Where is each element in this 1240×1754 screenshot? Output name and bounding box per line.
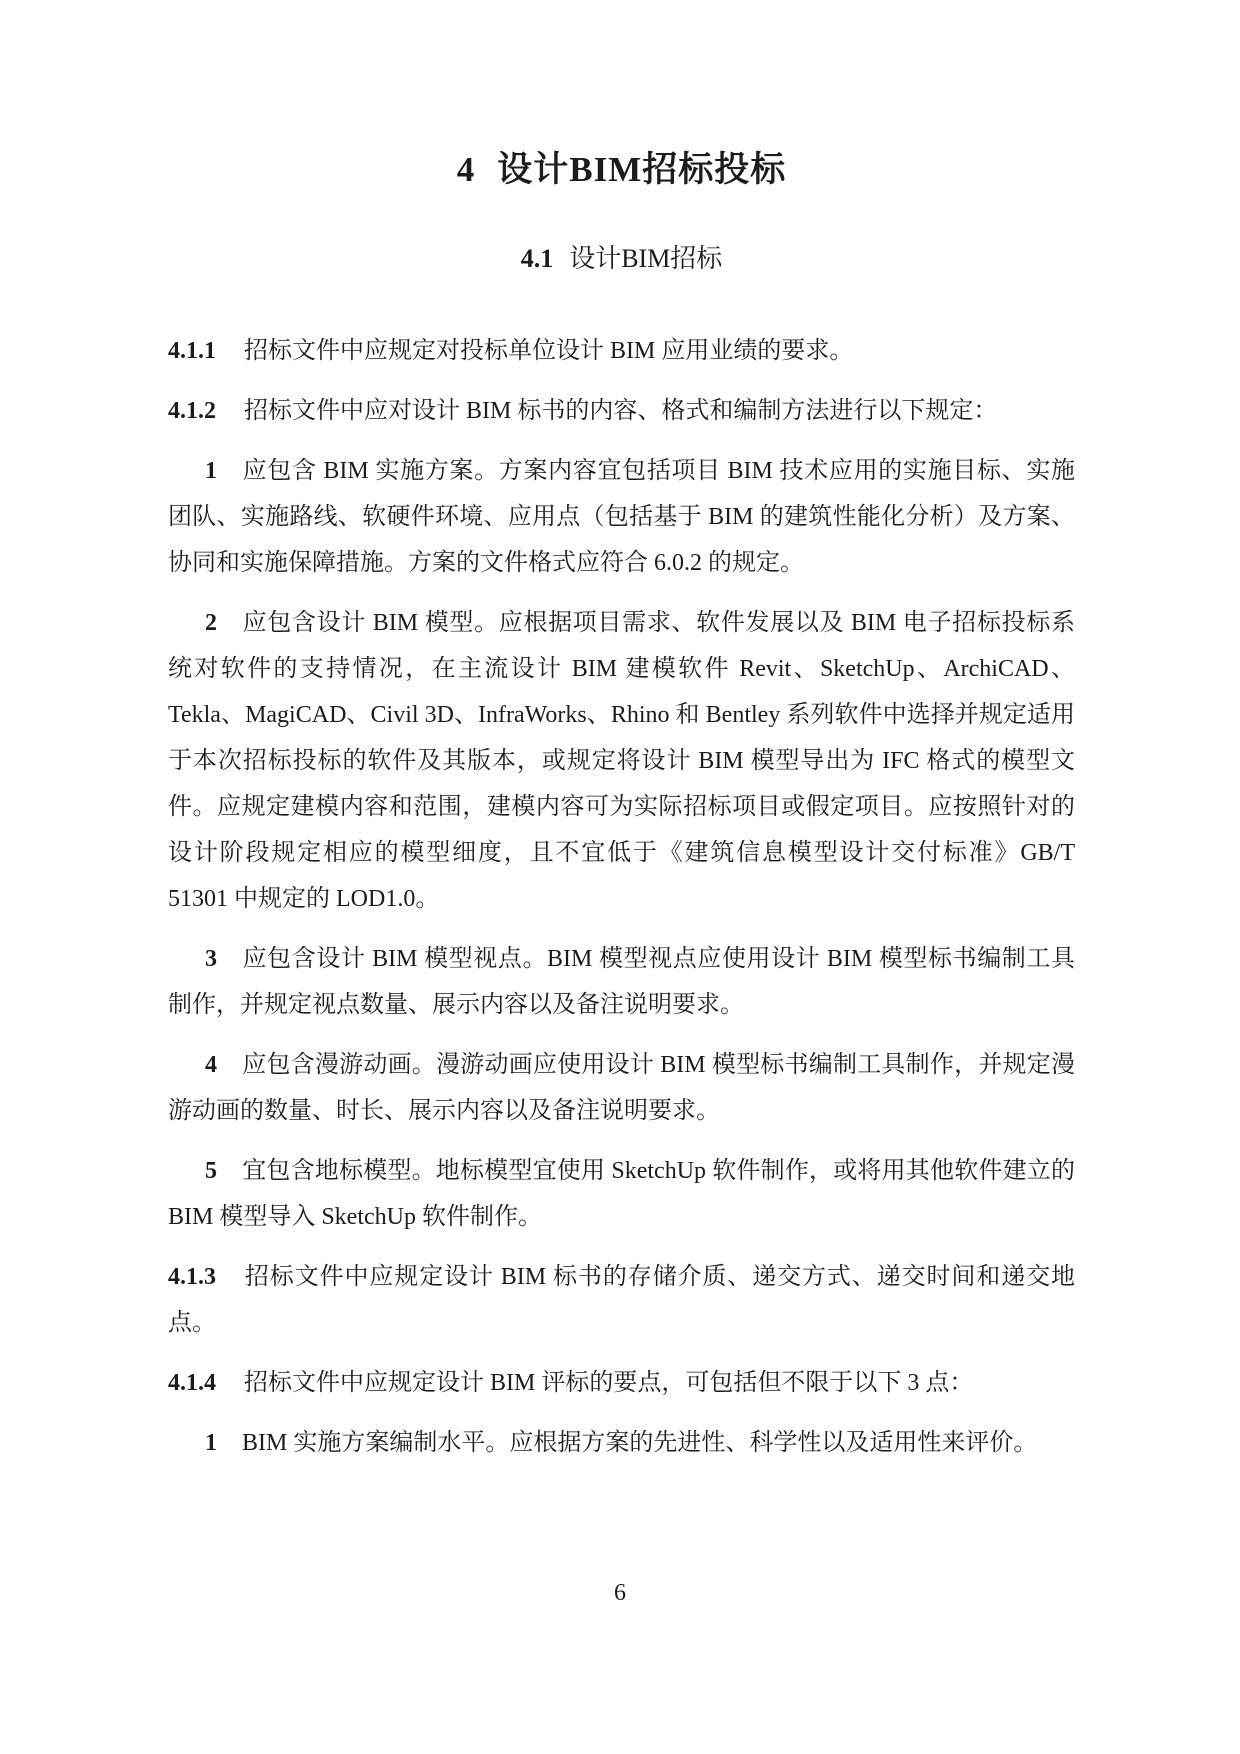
page-number: 6 <box>0 1578 1240 1608</box>
item-5: 5宜包含地标模型。地标模型宜使用 SketchUp 软件制作，或将用其他软件建立… <box>168 1148 1075 1240</box>
clause-number: 4.1.2 <box>168 398 216 424</box>
item-4: 4应包含漫游动画。漫游动画应使用设计 BIM 模型标书编制工具制作，并规定漫游动… <box>168 1042 1075 1134</box>
chapter-title: 4设计BIM招标投标 <box>168 148 1075 192</box>
clause-text: 招标文件中应规定设计 BIM 评标的要点，可包括但不限于以下 3 点： <box>244 1370 973 1396</box>
clause-4-1-4: 4.1.4招标文件中应规定设计 BIM 评标的要点，可包括但不限于以下 3 点： <box>168 1360 1075 1406</box>
item-1: 1应包含 BIM 实施方案。方案内容宜包括项目 BIM 技术应用的实施目标、实施… <box>168 448 1075 586</box>
chapter-number: 4 <box>457 150 476 189</box>
clause-text: 招标文件中应规定对投标单位设计 BIM 应用业绩的要求。 <box>244 338 853 364</box>
item-number: 5 <box>205 1158 217 1184</box>
clause-4-1-2: 4.1.2招标文件中应对设计 BIM 标书的内容、格式和编制方法进行以下规定： <box>168 388 1075 434</box>
item-text: 应包含设计 BIM 模型。应根据项目需求、软件发展以及 BIM 电子招标投标系统… <box>168 610 1075 912</box>
clause-4-1-3: 4.1.3招标文件中应规定设计 BIM 标书的存储介质、递交方式、递交时间和递交… <box>168 1254 1075 1346</box>
item-number: 4 <box>205 1052 217 1078</box>
section-number: 4.1 <box>521 244 554 273</box>
clause-text: 招标文件中应对设计 BIM 标书的内容、格式和编制方法进行以下规定： <box>244 398 997 424</box>
item-text: 宜包含地标模型。地标模型宜使用 SketchUp 软件制作，或将用其他软件建立的… <box>168 1158 1075 1230</box>
clause-4-1-1: 4.1.1招标文件中应规定对投标单位设计 BIM 应用业绩的要求。 <box>168 328 1075 374</box>
item-2: 2应包含设计 BIM 模型。应根据项目需求、软件发展以及 BIM 电子招标投标系… <box>168 600 1075 922</box>
document-body: 4.1.1招标文件中应规定对投标单位设计 BIM 应用业绩的要求。 4.1.2招… <box>168 328 1075 1466</box>
clause-number: 4.1.4 <box>168 1370 216 1396</box>
item-text: 应包含 BIM 实施方案。方案内容宜包括项目 BIM 技术应用的实施目标、实施团… <box>168 458 1075 576</box>
item-text: 应包含设计 BIM 模型视点。BIM 模型视点应使用设计 BIM 模型标书编制工… <box>168 946 1075 1018</box>
item-number: 1 <box>205 458 217 484</box>
chapter-title-text: 设计BIM招标投标 <box>497 150 786 189</box>
clause-number: 4.1.1 <box>168 338 216 364</box>
item-text: 应包含漫游动画。漫游动画应使用设计 BIM 模型标书编制工具制作，并规定漫游动画… <box>168 1052 1075 1124</box>
item-eval-1: 1BIM 实施方案编制水平。应根据方案的先进性、科学性以及适用性来评价。 <box>168 1420 1075 1466</box>
document-page: 4设计BIM招标投标 4.1设计BIM招标 4.1.1招标文件中应规定对投标单位… <box>0 0 1240 1754</box>
item-number: 1 <box>205 1430 217 1456</box>
section-heading: 4.1设计BIM招标 <box>168 242 1075 276</box>
item-text: BIM 实施方案编制水平。应根据方案的先进性、科学性以及适用性来评价。 <box>242 1430 1037 1456</box>
document-content: 4设计BIM招标投标 4.1设计BIM招标 4.1.1招标文件中应规定对投标单位… <box>168 0 1075 1466</box>
clause-text: 招标文件中应规定设计 BIM 标书的存储介质、递交方式、递交时间和递交地点。 <box>168 1264 1075 1336</box>
item-number: 2 <box>205 610 217 636</box>
item-3: 3应包含设计 BIM 模型视点。BIM 模型视点应使用设计 BIM 模型标书编制… <box>168 936 1075 1028</box>
item-number: 3 <box>205 946 217 972</box>
clause-number: 4.1.3 <box>168 1264 216 1290</box>
section-title-text: 设计BIM招标 <box>569 244 722 273</box>
